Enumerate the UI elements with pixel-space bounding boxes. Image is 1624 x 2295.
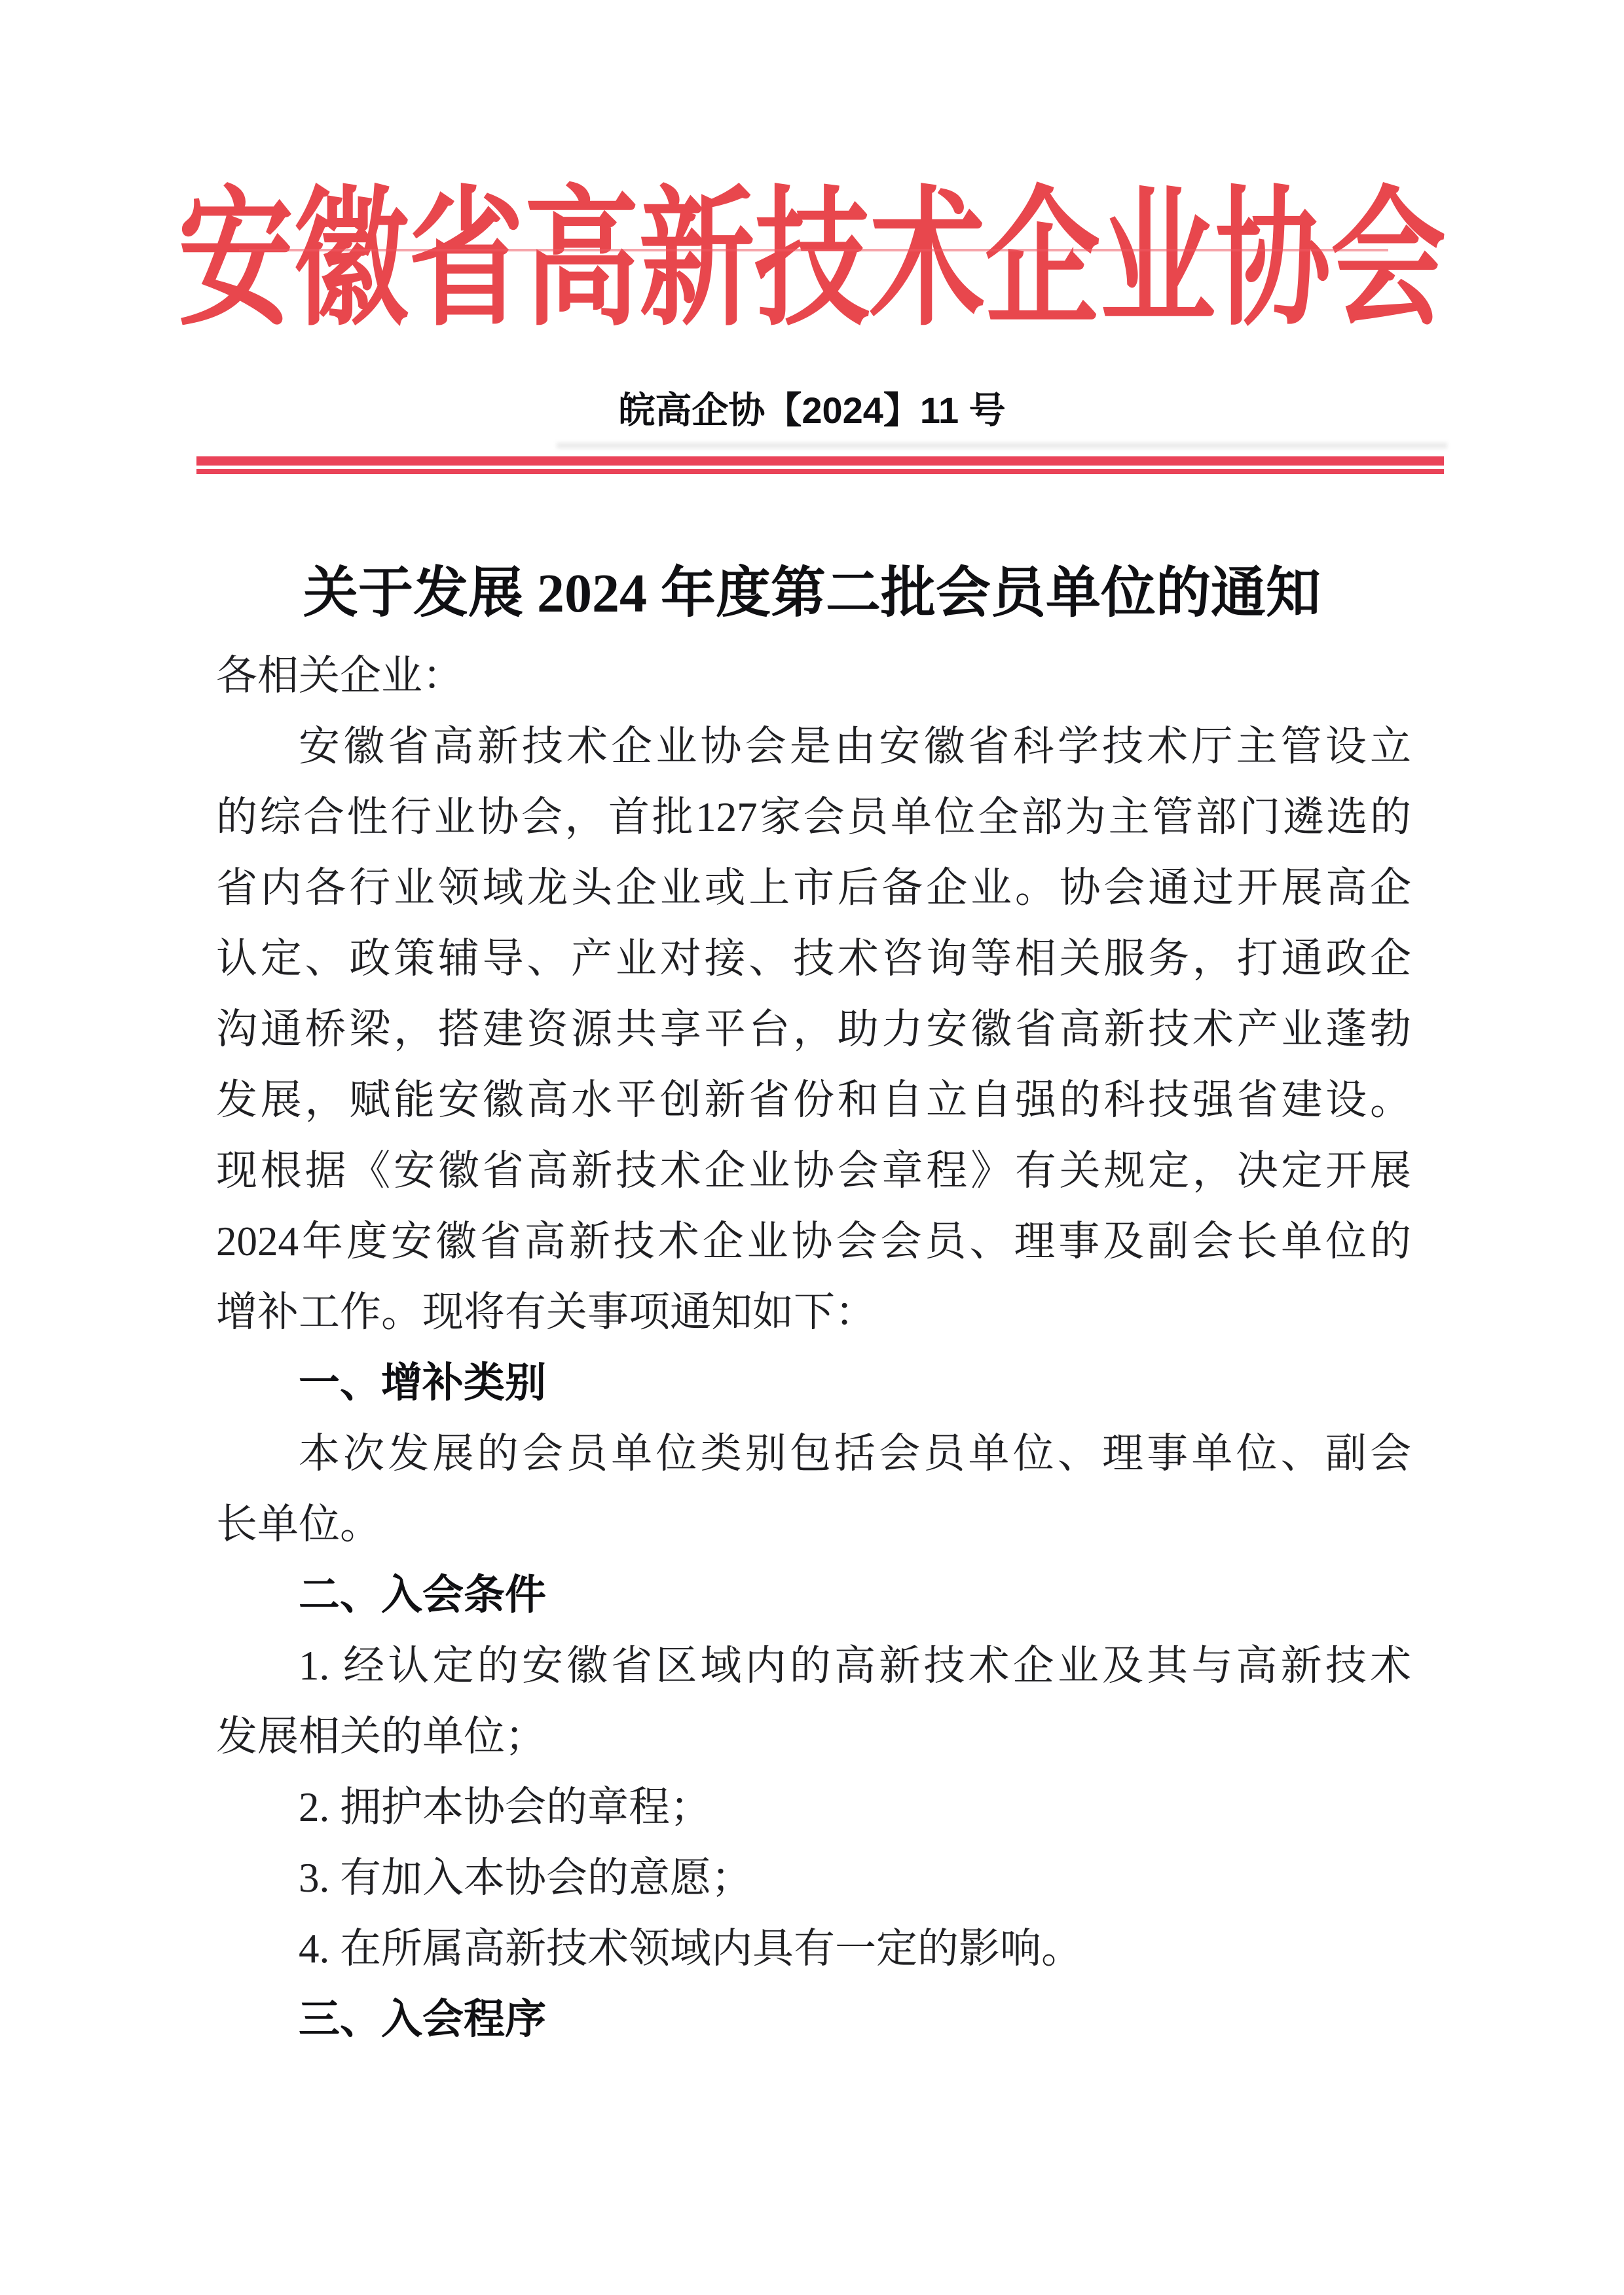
- body-line: 本次发展的会员单位类别包括会员单位、理事单位、副会: [216, 1418, 1411, 1489]
- body-line: 4. 在所属高新技术领域内具有一定的影响。: [216, 1913, 1411, 1984]
- body-line: 增补工作。现将有关事项通知如下：: [216, 1277, 1411, 1348]
- body-line: 各相关企业：: [216, 640, 1411, 711]
- body-line: 1. 经认定的安徽省区域内的高新技术企业及其与高新技术: [216, 1630, 1411, 1701]
- red-double-rule: [196, 456, 1444, 474]
- body-line: 二、入会条件: [216, 1560, 1411, 1630]
- body-lines: 各相关企业：安徽省高新技术企业协会是由安徽省科学技术厅主管设立的综合性行业协会，…: [216, 640, 1411, 2055]
- body-line: 认定、政策辅导、产业对接、技术咨询等相关服务，打通政企: [216, 923, 1411, 994]
- body-line: 沟通桥梁，搭建资源共享平台，助力安徽省高新技术产业蓬勃: [216, 994, 1411, 1065]
- body-line: 2024年度安徽省高新技术企业协会会员、理事及副会长单位的: [216, 1206, 1411, 1277]
- body-line: 3. 有加入本协会的意愿；: [216, 1843, 1411, 1913]
- body-line: 三、入会程序: [216, 1984, 1411, 2055]
- doc-number: 皖高企协【2024】11 号: [0, 390, 1624, 431]
- body-line: 省内各行业领域龙头企业或上市后备企业。协会通过开展高企: [216, 853, 1411, 923]
- body-line: 发展，赋能安徽高水平创新省份和自立自强的科技强省建设。: [216, 1065, 1411, 1135]
- body-line: 一、增补类别: [216, 1348, 1411, 1418]
- notice-title: 关于发展 2024 年度第二批会员单位的通知: [0, 562, 1624, 626]
- red-rule-thin-line: [196, 469, 1444, 474]
- letterhead-title: 安徽省高新技术企业协会: [0, 187, 1624, 337]
- body-line: 的综合性行业协会，首批127家会员单位全部为主管部门遴选的: [216, 782, 1411, 853]
- body-line: 2. 拥护本协会的章程；: [216, 1772, 1411, 1843]
- document-page: 安徽省高新技术企业协会 皖高企协【2024】11 号 关于发展 2024 年度第…: [0, 0, 1624, 2295]
- red-rule-thick-line: [196, 456, 1444, 466]
- body-line: 现根据《安徽省高新技术企业协会章程》有关规定，决定开展: [216, 1135, 1411, 1206]
- scan-smudge: [557, 443, 1447, 449]
- scan-artifact-line: [239, 249, 1388, 251]
- body-line: 安徽省高新技术企业协会是由安徽省科学技术厅主管设立: [216, 711, 1411, 782]
- body-line: 发展相关的单位；: [216, 1701, 1411, 1772]
- body-line: 长单位。: [216, 1489, 1411, 1560]
